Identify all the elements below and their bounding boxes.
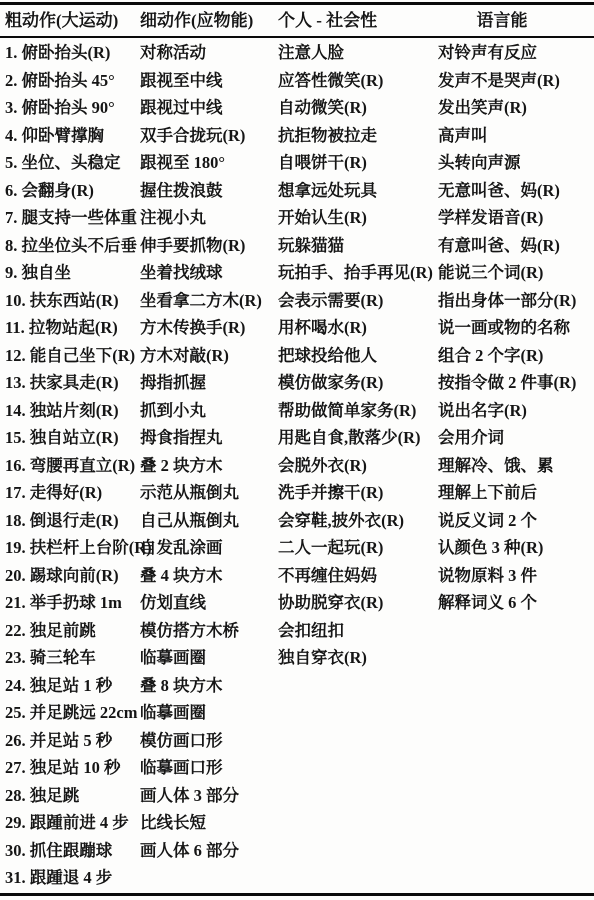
table-row: 14. 独站片刻(R)抓到小丸帮助做简单家务(R)说出名字(R): [0, 397, 594, 424]
table-cell: 11. 拉物站起(R): [0, 320, 140, 337]
table-row: 18. 倒退行走(R)自己从瓶倒丸会穿鞋,披外衣(R)说反义词 2 个: [0, 507, 594, 534]
table-cell: 28. 独足跳: [0, 788, 140, 805]
table-cell: 21. 举手扔球 1m: [0, 595, 140, 612]
table-cell: 理解上下前后: [438, 485, 594, 502]
table-cell: 指出身体一部分(R): [438, 293, 594, 310]
table-cell: 能说三个词(R): [438, 265, 594, 282]
table-cell: 学样发语音(R): [438, 210, 594, 227]
table-cell: 玩躲猫猫: [278, 238, 438, 255]
table-row: 5. 坐位、头稳定跟视至 180°自喂饼干(R)头转向声源: [0, 150, 594, 177]
table-cell: 坐看拿二方木(R): [140, 293, 278, 310]
table-cell: 洗手并擦干(R): [278, 485, 438, 502]
table-row: 31. 跟踵退 4 步: [0, 865, 594, 892]
table-cell: 高声叫: [438, 128, 594, 145]
table-cell: 自动微笑(R): [278, 100, 438, 117]
table-cell: 比线长短: [140, 815, 278, 832]
table-cell: 抗拒物被拉走: [278, 128, 438, 145]
table-cell: 画人体 6 部分: [140, 843, 278, 860]
table-cell: 解释词义 6 个: [438, 595, 594, 612]
table-row: 28. 独足跳画人体 3 部分: [0, 782, 594, 809]
table-cell: 临摹画口形: [140, 760, 278, 777]
table-cell: 用杯喝水(R): [278, 320, 438, 337]
table-cell: 15. 独自站立(R): [0, 430, 140, 447]
table-row: 23. 骑三轮车临摹画圈独自穿衣(R): [0, 645, 594, 672]
table-cell: 抓到小丸: [140, 403, 278, 420]
table-cell: 临摹画圈: [140, 650, 278, 667]
table-cell: 20. 踢球向前(R): [0, 568, 140, 585]
table-cell: 独自穿衣(R): [278, 650, 438, 667]
table-row: 20. 踢球向前(R)叠 4 块方木不再缠住妈妈说物原料 3 件: [0, 562, 594, 589]
table-cell: 伸手要抓物(R): [140, 238, 278, 255]
table-cell: 对称活动: [140, 45, 278, 62]
table-cell: 拇食指捏丸: [140, 430, 278, 447]
table-cell: 2. 俯卧抬头 45°: [0, 73, 140, 90]
table-cell: 22. 独足前跳: [0, 623, 140, 640]
table-cell: 用匙自食,散落少(R): [278, 430, 438, 447]
table-cell: 帮助做简单家务(R): [278, 403, 438, 420]
table-cell: 23. 骑三轮车: [0, 650, 140, 667]
table-row: 21. 举手扔球 1m仿划直线协助脱穿衣(R)解释词义 6 个: [0, 590, 594, 617]
table-cell: 17. 走得好(R): [0, 485, 140, 502]
header-personal-social: 个人 - 社会性: [278, 12, 438, 29]
table-cell: 认颜色 3 种(R): [438, 540, 594, 557]
table-cell: 说反义词 2 个: [438, 513, 594, 530]
table-cell: 说出名字(R): [438, 403, 594, 420]
table-cell: 3. 俯卧抬头 90°: [0, 100, 140, 117]
table-row: 4. 仰卧臂撑胸双手合拢玩(R)抗拒物被拉走高声叫: [0, 122, 594, 149]
header-language: 语言能: [438, 12, 594, 29]
table-row: 30. 抓住跟蹦球画人体 6 部分: [0, 837, 594, 864]
table-cell: 方木传换手(R): [140, 320, 278, 337]
table-bottom-rule: [0, 893, 594, 896]
table-row: 2. 俯卧抬头 45°跟视至中线应答性微笑(R)发声不是哭声(R): [0, 67, 594, 94]
table-row: 22. 独足前跳模仿搭方木桥会扣纽扣: [0, 617, 594, 644]
table-cell: 跟视过中线: [140, 100, 278, 117]
table-cell: 6. 会翻身(R): [0, 183, 140, 200]
table-cell: 31. 跟踵退 4 步: [0, 870, 140, 887]
table-cell: 玩拍手、抬手再见(R): [278, 265, 438, 282]
table-row: 9. 独自坐坐着找绒球玩拍手、抬手再见(R)能说三个词(R): [0, 260, 594, 287]
table-row: 27. 独足站 10 秒临摹画口形: [0, 755, 594, 782]
table-cell: 29. 跟踵前进 4 步: [0, 815, 140, 832]
table-cell: 注视小丸: [140, 210, 278, 227]
table-row: 26. 并足站 5 秒模仿画口形: [0, 727, 594, 754]
table-cell: 发声不是哭声(R): [438, 73, 594, 90]
table-row: 7. 腿支持一些体重注视小丸开始认生(R)学样发语音(R): [0, 205, 594, 232]
table-row: 17. 走得好(R)示范从瓶倒丸洗手并擦干(R)理解上下前后: [0, 480, 594, 507]
table-cell: 仿划直线: [140, 595, 278, 612]
table-cell: 说物原料 3 件: [438, 568, 594, 585]
table-cell: 对铃声有反应: [438, 45, 594, 62]
table-cell: 坐着找绒球: [140, 265, 278, 282]
table-cell: 想拿远处玩具: [278, 183, 438, 200]
table-row: 11. 拉物站起(R)方木传换手(R)用杯喝水(R)说一画或物的名称: [0, 315, 594, 342]
table-row: 1. 俯卧抬头(R)对称活动注意人脸对铃声有反应: [0, 40, 594, 67]
table-row: 16. 弯腰再直立(R)叠 2 块方木会脱外衣(R)理解冷、饿、累: [0, 452, 594, 479]
table-cell: 叠 2 块方木: [140, 458, 278, 475]
table-cell: 会扣纽扣: [278, 623, 438, 640]
table-cell: 25. 并足跳远 22cm: [0, 705, 140, 722]
header-gross-motor: 粗动作(大运动): [0, 12, 140, 29]
table-cell: 头转向声源: [438, 155, 594, 172]
table-cell: 模仿做家务(R): [278, 375, 438, 392]
header-fine-motor: 细动作(应物能): [140, 12, 278, 29]
table-cell: 跟视至 180°: [140, 155, 278, 172]
table-cell: 模仿画口形: [140, 733, 278, 750]
table-cell: 协助脱穿衣(R): [278, 595, 438, 612]
table-cell: 跟视至中线: [140, 73, 278, 90]
table-row: 6. 会翻身(R)握住拨浪鼓想拿远处玩具无意叫爸、妈(R): [0, 177, 594, 204]
table-body: 1. 俯卧抬头(R)对称活动注意人脸对铃声有反应2. 俯卧抬头 45°跟视至中线…: [0, 40, 594, 892]
table-row: 3. 俯卧抬头 90°跟视过中线自动微笑(R)发出笑声(R): [0, 95, 594, 122]
table-row: 25. 并足跳远 22cm临摹画圈: [0, 700, 594, 727]
table-row: 12. 能自己坐下(R)方木对敲(R)把球投给他人组合 2 个字(R): [0, 342, 594, 369]
header-divider-rule: [0, 36, 594, 38]
table-cell: 注意人脸: [278, 45, 438, 62]
table-cell: 把球投给他人: [278, 348, 438, 365]
table-cell: 说一画或物的名称: [438, 320, 594, 337]
table-cell: 不再缠住妈妈: [278, 568, 438, 585]
table-cell: 双手合拢玩(R): [140, 128, 278, 145]
table-cell: 叠 4 块方木: [140, 568, 278, 585]
table-cell: 5. 坐位、头稳定: [0, 155, 140, 172]
table-cell: 自发乱涂画: [140, 540, 278, 557]
table-cell: 理解冷、饿、累: [438, 458, 594, 475]
table-cell: 会表示需要(R): [278, 293, 438, 310]
table-cell: 14. 独站片刻(R): [0, 403, 140, 420]
document-page: 粗动作(大运动) 细动作(应物能) 个人 - 社会性 语言能 1. 俯卧抬头(R…: [0, 0, 594, 900]
table-cell: 无意叫爸、妈(R): [438, 183, 594, 200]
table-cell: 按指令做 2 件事(R): [438, 375, 594, 392]
table-cell: 24. 独足站 1 秒: [0, 678, 140, 695]
table-header-row: 粗动作(大运动) 细动作(应物能) 个人 - 社会性 语言能: [0, 6, 594, 35]
table-cell: 16. 弯腰再直立(R): [0, 458, 140, 475]
table-cell: 8. 拉坐位头不后垂: [0, 238, 140, 255]
table-cell: 二人一起玩(R): [278, 540, 438, 557]
table-cell: 会脱外衣(R): [278, 458, 438, 475]
table-cell: 自喂饼干(R): [278, 155, 438, 172]
table-cell: 有意叫爸、妈(R): [438, 238, 594, 255]
table-cell: 示范从瓶倒丸: [140, 485, 278, 502]
table-cell: 叠 8 块方木: [140, 678, 278, 695]
table-cell: 18. 倒退行走(R): [0, 513, 140, 530]
table-cell: 10. 扶东西站(R): [0, 293, 140, 310]
table-cell: 27. 独足站 10 秒: [0, 760, 140, 777]
table-cell: 4. 仰卧臂撑胸: [0, 128, 140, 145]
table-cell: 拇指抓握: [140, 375, 278, 392]
table-cell: 临摹画圈: [140, 705, 278, 722]
table-cell: 模仿搭方木桥: [140, 623, 278, 640]
table-cell: 方木对敲(R): [140, 348, 278, 365]
table-row: 13. 扶家具走(R)拇指抓握模仿做家务(R)按指令做 2 件事(R): [0, 370, 594, 397]
table-row: 24. 独足站 1 秒叠 8 块方木: [0, 672, 594, 699]
table-cell: 画人体 3 部分: [140, 788, 278, 805]
table-cell: 应答性微笑(R): [278, 73, 438, 90]
table-row: 8. 拉坐位头不后垂伸手要抓物(R)玩躲猫猫有意叫爸、妈(R): [0, 232, 594, 259]
table-cell: 自己从瓶倒丸: [140, 513, 278, 530]
table-top-rule: [0, 2, 594, 5]
table-row: 29. 跟踵前进 4 步比线长短: [0, 810, 594, 837]
table-cell: 19. 扶栏杆上台阶(R): [0, 540, 140, 557]
table-cell: 26. 并足站 5 秒: [0, 733, 140, 750]
table-cell: 7. 腿支持一些体重: [0, 210, 140, 227]
table-cell: 开始认生(R): [278, 210, 438, 227]
table-row: 15. 独自站立(R)拇食指捏丸用匙自食,散落少(R)会用介词: [0, 425, 594, 452]
table-cell: 30. 抓住跟蹦球: [0, 843, 140, 860]
table-cell: 9. 独自坐: [0, 265, 140, 282]
table-cell: 握住拨浪鼓: [140, 183, 278, 200]
table-cell: 13. 扶家具走(R): [0, 375, 140, 392]
table-cell: 12. 能自己坐下(R): [0, 348, 140, 365]
table-cell: 1. 俯卧抬头(R): [0, 45, 140, 62]
table-cell: 组合 2 个字(R): [438, 348, 594, 365]
table-cell: 会穿鞋,披外衣(R): [278, 513, 438, 530]
table-row: 10. 扶东西站(R)坐看拿二方木(R)会表示需要(R)指出身体一部分(R): [0, 287, 594, 314]
table-cell: 发出笑声(R): [438, 100, 594, 117]
table-cell: 会用介词: [438, 430, 594, 447]
table-row: 19. 扶栏杆上台阶(R)自发乱涂画二人一起玩(R)认颜色 3 种(R): [0, 535, 594, 562]
